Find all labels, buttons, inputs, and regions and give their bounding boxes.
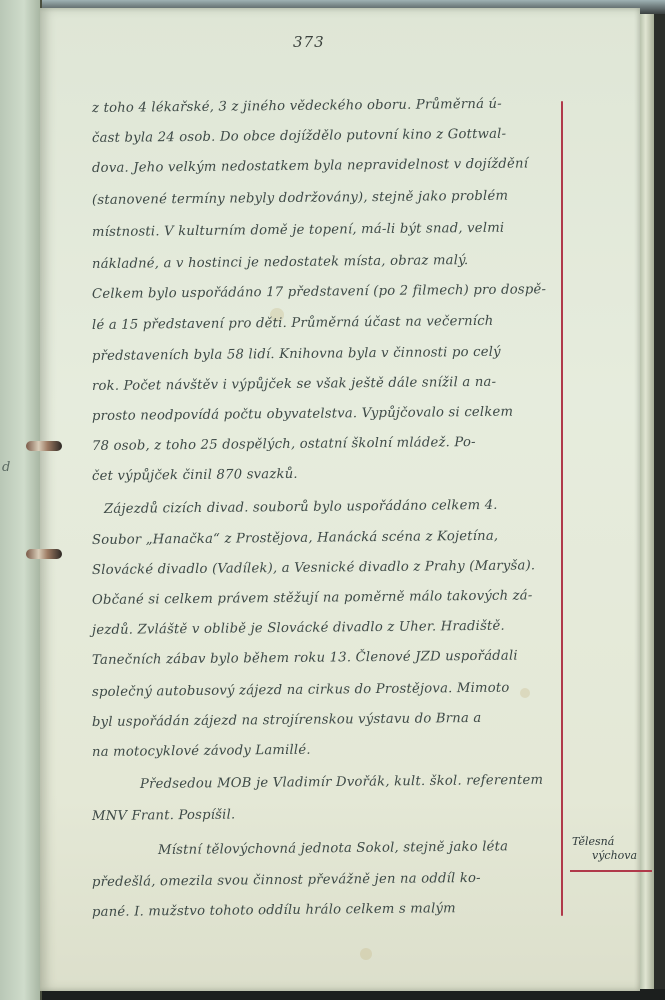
margin-note-line2: výchova bbox=[572, 849, 637, 863]
paper-stain bbox=[520, 688, 530, 698]
paper-stain bbox=[360, 948, 372, 960]
text-line: na motocyklové závody Lamillé. bbox=[92, 743, 311, 760]
margin-note-line1: Tělesná bbox=[572, 835, 614, 848]
text-line: MNV Frant. Pospíšil. bbox=[92, 807, 236, 824]
text-line: čet výpůjček činil 870 svazků. bbox=[92, 467, 298, 484]
page-number: 373 bbox=[293, 33, 325, 51]
margin-rule bbox=[561, 101, 563, 916]
margin-note: Tělesná výchova bbox=[572, 835, 637, 863]
margin-note-underline bbox=[570, 870, 652, 872]
book-cover-edge bbox=[654, 14, 665, 989]
binding-thread-upper bbox=[26, 441, 62, 451]
left-page-fragment: d bbox=[2, 460, 10, 475]
binding-thread-lower bbox=[26, 549, 62, 559]
page-stack-edge bbox=[640, 14, 654, 989]
left-page-edge: d bbox=[0, 0, 42, 1000]
